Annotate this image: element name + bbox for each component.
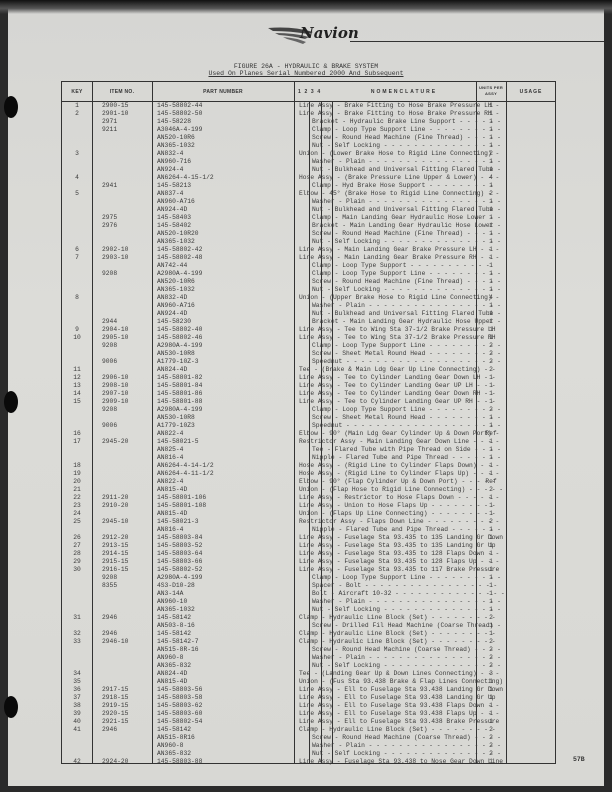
part-number-cell: 145-58802-46 bbox=[154, 334, 297, 342]
nomenclature-cell: Screw - Round Head Machine (Fine Thread)… bbox=[312, 278, 584, 286]
table-row: 24AN815-4DUnion - (Flaps Up Line Connect… bbox=[62, 510, 555, 518]
item-no-cell: 9208 bbox=[94, 270, 160, 278]
nomenclature-cell: Line Assy - Brake Fitting to Hose Brake … bbox=[299, 110, 571, 118]
table-row: AN816-4Nipple - Flared Tube and Pipe Thr… bbox=[62, 526, 555, 534]
part-number-cell: AN815-4D bbox=[154, 486, 297, 494]
units-cell: 1 bbox=[480, 558, 502, 566]
table-row: AN365-1032Nut - Self Locking - - - - - -… bbox=[62, 286, 555, 294]
units-cell: 2 bbox=[480, 486, 502, 494]
part-number-cell: AN824-4D bbox=[154, 366, 297, 374]
nomenclature-cell: Line Assy - Ell to Fuselage Sta 93.438 L… bbox=[299, 686, 571, 694]
nomenclature-cell: Clamp - Loop Type Support Line - - - - -… bbox=[312, 270, 584, 278]
table-row: 9208A2980A-4-199Clamp - Loop Type Suppor… bbox=[62, 406, 555, 414]
units-cell: 2 bbox=[480, 742, 502, 750]
table-row: AN530-10R8Screw - Sheet Metal Round Head… bbox=[62, 414, 555, 422]
units-cell: 1 bbox=[480, 398, 502, 406]
nomenclature-cell: Washer - Plain - - - - - - - - - - - - -… bbox=[312, 158, 584, 166]
part-number-cell: AN520-10R6 bbox=[154, 278, 297, 286]
part-number-cell: AN960-716 bbox=[154, 158, 297, 166]
key-cell: 21 bbox=[62, 486, 92, 494]
nomenclature-cell: Hose Assy - (Rigid Line to Cylinder Flap… bbox=[299, 470, 571, 478]
nomenclature-cell: Clamp - Hydraulic Line Block (Set) - - -… bbox=[299, 638, 571, 646]
units-cell: 1 bbox=[480, 142, 502, 150]
table-row: 2975145-58403Clamp - Main Landing Gear H… bbox=[62, 214, 555, 222]
table-row: 9006A1779-10Z3Speednut - - - - - - - - -… bbox=[62, 422, 555, 430]
table-row: AN365-1032Nut - Self Locking - - - - - -… bbox=[62, 142, 555, 150]
key-cell: 8 bbox=[62, 294, 92, 302]
part-number-cell: A2980A-4-199 bbox=[154, 406, 297, 414]
units-cell: 2 bbox=[480, 350, 502, 358]
header-rule bbox=[350, 41, 604, 42]
nomenclature-cell: Line Assy - Ell to Fuselage Sta 93.438 B… bbox=[299, 718, 571, 726]
nomenclature-cell: Line Assy - Fuselage Sta 93.435 to 128 F… bbox=[299, 550, 571, 558]
units-cell: 1 bbox=[480, 622, 502, 630]
table-row: 2944145-58230Bracket - Main Landing Gear… bbox=[62, 318, 555, 326]
item-no-cell: 2945-20 bbox=[94, 438, 160, 446]
part-number-cell: 145-58802-42 bbox=[154, 246, 297, 254]
units-cell: 1 bbox=[480, 566, 502, 574]
table-row: 272913-15145-58803-52Line Assy - Fuselag… bbox=[62, 542, 555, 550]
table-row: AN365-1032Nut - Self Locking - - - - - -… bbox=[62, 238, 555, 246]
item-no-cell: 2971 bbox=[94, 118, 160, 126]
item-no-cell: 2902-10 bbox=[94, 246, 160, 254]
units-cell: 1 bbox=[480, 326, 502, 334]
units-cell: 1 bbox=[480, 262, 502, 270]
item-no-cell: 2976 bbox=[94, 222, 160, 230]
table-row: 252945-10145-58021-3Restrictor Assy - Fl… bbox=[62, 518, 555, 526]
units-cell: 1 bbox=[480, 422, 502, 430]
nomenclature-cell: Nipple - Flared Tube and Pipe Thread - -… bbox=[312, 454, 584, 462]
part-number-cell: 145-58803-60 bbox=[154, 710, 297, 718]
units-cell: 2 bbox=[480, 646, 502, 654]
item-no-cell: 2914-15 bbox=[94, 550, 160, 558]
part-number-cell: AN503-8-16 bbox=[154, 622, 297, 630]
units-cell: 2 bbox=[480, 614, 502, 622]
units-cell: 2 bbox=[480, 150, 502, 158]
nomenclature-cell: Screw - Round Head Machine (Coarse Threa… bbox=[312, 734, 584, 742]
part-number-cell: AN530-10R8 bbox=[154, 350, 297, 358]
part-number-cell: 145-58802-44 bbox=[154, 102, 297, 110]
part-number-cell: 145-58802-52 bbox=[154, 566, 297, 574]
nomenclature-cell: Line Assy - Fuselage Sta 93.438 to Nose … bbox=[299, 758, 571, 766]
nomenclature-cell: Washer - Plain - - - - - - - - - - - - -… bbox=[312, 302, 584, 310]
table-row: 102905-10145-58802-46Line Assy - Tee to … bbox=[62, 334, 555, 342]
units-cell: 1 bbox=[480, 134, 502, 142]
nomenclature-cell: Line Assy - Main Landing Gear Brake Pres… bbox=[299, 246, 571, 254]
part-number-cell: A1779-10Z-3 bbox=[154, 358, 297, 366]
key-cell: 9 bbox=[62, 326, 92, 334]
table-row: 222911-20145-58801-106Line Assy - Restri… bbox=[62, 494, 555, 502]
units-cell: 1 bbox=[480, 390, 502, 398]
units-cell: 1 bbox=[480, 102, 502, 110]
key-cell: 13 bbox=[62, 382, 92, 390]
part-number-cell: 145-58230 bbox=[154, 318, 297, 326]
item-no-cell: 2944 bbox=[94, 318, 160, 326]
table-row: AN924-4Nut - Bulkhead and Universal Fitt… bbox=[62, 166, 555, 174]
nomenclature-cell: Screw - Sheet Metal Round Head - - - - -… bbox=[312, 350, 584, 358]
units-cell: 1 bbox=[480, 526, 502, 534]
nomenclature-cell: Clamp - Loop Type Support Line - - - - -… bbox=[312, 126, 584, 134]
nomenclature-cell: Line Assy - Ell to Fuselage Sta 93.438 L… bbox=[299, 694, 571, 702]
item-no-cell: 2946 bbox=[94, 726, 160, 734]
nomenclature-cell: Screw - Round Head Machine (Fine Thread)… bbox=[312, 230, 584, 238]
table-row: 9006A1779-10Z-3Speednut - - - - - - - - … bbox=[62, 358, 555, 366]
table-row: 232910-20145-58801-108Line Assy - Union … bbox=[62, 502, 555, 510]
table-row: AN515-8R16Screw - Round Head Machine (Co… bbox=[62, 734, 555, 742]
item-no-cell: 2912-20 bbox=[94, 534, 160, 542]
nomenclature-cell: Clamp - Hydraulic Line Block (Set) - - -… bbox=[299, 726, 571, 734]
table-row: AN515-8R-16Screw - Round Head Machine (C… bbox=[62, 646, 555, 654]
nomenclature-cell: Nut - Self Locking - - - - - - - - - - -… bbox=[312, 662, 584, 670]
units-cell: 1 bbox=[480, 414, 502, 422]
item-no-cell: 2905-10 bbox=[94, 334, 160, 342]
table-row: 152909-10145-58801-88Line Assy - Tee to … bbox=[62, 398, 555, 406]
part-number-cell: AN530-10R8 bbox=[154, 414, 297, 422]
units-cell: 2 bbox=[480, 726, 502, 734]
nomenclature-cell: Nut - Self Locking - - - - - - - - - - -… bbox=[312, 286, 584, 294]
nomenclature-cell: Union - (Upper Brake Hose to Rigid Line … bbox=[299, 294, 571, 302]
table-row: 392920-15145-58803-60Line Assy - Ell to … bbox=[62, 710, 555, 718]
table-row: 9208A2980A-4-199Clamp - Loop Type Suppor… bbox=[62, 574, 555, 582]
units-cell: 1 bbox=[480, 702, 502, 710]
units-cell: 1 bbox=[480, 214, 502, 222]
item-no-cell: 2946 bbox=[94, 630, 160, 638]
key-cell: 39 bbox=[62, 710, 92, 718]
part-number-cell: AN3-14A bbox=[154, 590, 297, 598]
nomenclature-cell: Line Assy - Fuselage Sta 93.435 to 128 F… bbox=[299, 558, 571, 566]
table-row: 402921-15145-58802-54Line Assy - Ell to … bbox=[62, 718, 555, 726]
units-cell: 4 bbox=[480, 174, 502, 182]
part-number-cell: 145-58803-52 bbox=[154, 542, 297, 550]
part-number-cell: AN815-4D bbox=[154, 678, 297, 686]
part-number-cell: AN924-4D bbox=[154, 206, 297, 214]
table-row: 2941145-58213Clamp - Hyd Brake Hose Supp… bbox=[62, 182, 555, 190]
table-header: KEY ITEM NO. PART NUMBER 1 2 3 4 NOMENCL… bbox=[62, 82, 555, 102]
part-number-cell: AN815-4D bbox=[154, 510, 297, 518]
nomenclature-cell: Line Assy - Tee to Cylinder Landing Gear… bbox=[299, 374, 571, 382]
units-cell: 1 bbox=[480, 254, 502, 262]
table-row: AN530-10R8Screw - Sheet Metal Round Head… bbox=[62, 350, 555, 358]
figure-subtitle: Used On Planes Serial Numbered 2000 And … bbox=[8, 70, 604, 77]
nomenclature-cell: Nut - Self Locking - - - - - - - - - - -… bbox=[312, 238, 584, 246]
part-number-cell: AN960-A716 bbox=[154, 302, 297, 310]
table-row: 8AN832-4DUnion - (Upper Brake Hose to Ri… bbox=[62, 294, 555, 302]
units-cell: 1 bbox=[480, 606, 502, 614]
part-number-cell: AN960-8 bbox=[154, 654, 297, 662]
key-cell: 37 bbox=[62, 694, 92, 702]
key-cell: 32 bbox=[62, 630, 92, 638]
header-item-no: ITEM NO. bbox=[92, 89, 152, 95]
item-no-cell: 2917-15 bbox=[94, 686, 160, 694]
table-row: AN960-716Washer - Plain - - - - - - - - … bbox=[62, 158, 555, 166]
table-row: AN365-1032Nut - Self Locking - - - - - -… bbox=[62, 606, 555, 614]
part-number-cell: 145-58803-58 bbox=[154, 694, 297, 702]
key-cell: 17 bbox=[62, 438, 92, 446]
key-cell: 36 bbox=[62, 686, 92, 694]
part-number-cell: 145-58802-40 bbox=[154, 326, 297, 334]
key-cell: 34 bbox=[62, 670, 92, 678]
units-cell: 1 bbox=[480, 598, 502, 606]
units-cell: Ref bbox=[480, 430, 502, 438]
nomenclature-cell: Elbow - 90° (Main Ldg Gear Cylinder Up &… bbox=[299, 430, 571, 438]
table-row: AN503-8-16Screw - Drilled Fil Head Machi… bbox=[62, 622, 555, 630]
key-cell: 1 bbox=[62, 102, 92, 110]
units-cell: 1 bbox=[480, 182, 502, 190]
table-row: 11AN824-4DTee - (Brake & Main Ldg Gear U… bbox=[62, 366, 555, 374]
part-number-cell: 145-58801-82 bbox=[154, 374, 297, 382]
table-row: 12900-15145-58802-44Line Assy - Brake Fi… bbox=[62, 102, 555, 110]
units-cell: 2 bbox=[480, 750, 502, 758]
key-cell: 42 bbox=[62, 758, 92, 766]
part-number-cell: 145-58803-64 bbox=[154, 550, 297, 558]
table-row: 422924-20145-58803-88Line Assy - Fuselag… bbox=[62, 758, 555, 766]
units-cell: 1 bbox=[480, 302, 502, 310]
table-row: 382919-15145-58803-62Line Assy - Ell to … bbox=[62, 702, 555, 710]
units-cell: 1 bbox=[480, 118, 502, 126]
figure-title: FIGURE 26A - HYDRAULIC & BRAKE SYSTEM bbox=[8, 63, 604, 70]
nomenclature-cell: Hose Assy - (Brake Pressure Line Upper &… bbox=[299, 174, 571, 182]
nomenclature-cell: Hose Assy - (Rigid Line to Cylinder Flap… bbox=[299, 462, 571, 470]
key-cell: 7 bbox=[62, 254, 92, 262]
units-cell: 1 bbox=[480, 286, 502, 294]
nomenclature-cell: Restrictor Assy - Flaps Down Line - - - … bbox=[299, 518, 571, 526]
part-number-cell: AN960-8 bbox=[154, 742, 297, 750]
parts-table: KEY ITEM NO. PART NUMBER 1 2 3 4 NOMENCL… bbox=[61, 81, 556, 764]
item-no-cell: 9208 bbox=[94, 342, 160, 350]
item-no-cell: 2909-10 bbox=[94, 398, 160, 406]
key-cell: 19 bbox=[62, 470, 92, 478]
item-no-cell: 2910-20 bbox=[94, 502, 160, 510]
part-number-cell: 145-58228 bbox=[154, 118, 297, 126]
part-number-cell: AN816-4 bbox=[154, 454, 297, 462]
part-number-cell: 145-58803-56 bbox=[154, 686, 297, 694]
units-cell: 1 bbox=[480, 334, 502, 342]
units-cell: 2 bbox=[480, 518, 502, 526]
part-number-cell: AN520-10R20 bbox=[154, 230, 297, 238]
nomenclature-cell: Washer - Plain - - - - - - - - - - - - -… bbox=[312, 742, 584, 750]
nomenclature-cell: Clamp - Main Landing Gear Hydraulic Hose… bbox=[312, 214, 584, 222]
part-number-cell: AN822-4 bbox=[154, 430, 297, 438]
part-number-cell: AN924-4D bbox=[154, 310, 297, 318]
nomenclature-cell: Speednut - - - - - - - - - - - - - - - -… bbox=[312, 422, 584, 430]
item-no-cell: 9208 bbox=[94, 406, 160, 414]
units-cell: 1 bbox=[480, 630, 502, 638]
item-no-cell: 2919-15 bbox=[94, 702, 160, 710]
nomenclature-cell: Nut - Bulkhead and Universal Fitting Fla… bbox=[312, 310, 584, 318]
table-row: 9208A2980A-4-199Clamp - Loop Type Suppor… bbox=[62, 270, 555, 278]
item-no-cell: 2915-15 bbox=[94, 558, 160, 566]
part-number-cell: A2980A-4-199 bbox=[154, 342, 297, 350]
units-cell: 1 bbox=[480, 310, 502, 318]
units-cell: 1 bbox=[480, 574, 502, 582]
table-row: 16AN822-4Elbow - 90° (Main Ldg Gear Cyli… bbox=[62, 430, 555, 438]
part-number-cell: 145-58803-88 bbox=[154, 758, 297, 766]
key-cell: 3 bbox=[62, 150, 92, 158]
part-number-cell: 145-58142-7 bbox=[154, 638, 297, 646]
item-no-cell: 8355 bbox=[94, 582, 160, 590]
units-cell: 2 bbox=[480, 654, 502, 662]
nomenclature-cell: Clamp - Hydraulic Line Block (Set) - - -… bbox=[299, 630, 571, 638]
nomenclature-cell: Elbow - 45° (Brake Hose to Rigid Line Co… bbox=[299, 190, 571, 198]
units-cell: 1 bbox=[480, 694, 502, 702]
table-row: 372918-15145-58803-58Line Assy - Ell to … bbox=[62, 694, 555, 702]
units-cell: 2 bbox=[480, 366, 502, 374]
nomenclature-cell: Nipple - Flared Tube and Pipe Thread - -… bbox=[312, 526, 584, 534]
key-cell: 14 bbox=[62, 390, 92, 398]
key-cell: 29 bbox=[62, 558, 92, 566]
nomenclature-cell: Screw - Round Head Machine (Fine Thread)… bbox=[312, 134, 584, 142]
nomenclature-cell: Clamp - Loop Type Support Line - - - - -… bbox=[312, 342, 584, 350]
item-no-cell: 9006 bbox=[94, 358, 160, 366]
item-no-cell: 2908-10 bbox=[94, 382, 160, 390]
nomenclature-cell: Tee - Flared Tube with Pipe Thread on Si… bbox=[312, 446, 584, 454]
nomenclature-cell: Nut - Bulkhead and Universal Fitting Fla… bbox=[312, 206, 584, 214]
table-row: 5AN837-4Elbow - 45° (Brake Hose to Rigid… bbox=[62, 190, 555, 198]
nomenclature-cell: Washer - Plain - - - - - - - - - - - - -… bbox=[312, 598, 584, 606]
units-cell: 1 bbox=[480, 246, 502, 254]
item-no-cell: 2916-15 bbox=[94, 566, 160, 574]
nomenclature-cell: Line Assy - Main Landing Gear Brake Pres… bbox=[299, 254, 571, 262]
part-number-cell: AN365-1032 bbox=[154, 238, 297, 246]
header-key: KEY bbox=[62, 89, 92, 95]
units-cell: 2 bbox=[480, 406, 502, 414]
units-cell: 1 bbox=[480, 510, 502, 518]
part-number-cell: AN6264-4-11-1/2 bbox=[154, 470, 297, 478]
table-row: AN520-10R20Screw - Round Head Machine (F… bbox=[62, 230, 555, 238]
nomenclature-cell: Screw - Round Head Machine (Coarse Threa… bbox=[312, 646, 584, 654]
nomenclature-cell: Speednut - - - - - - - - - - - - - - - -… bbox=[312, 358, 584, 366]
item-no-cell: 2946 bbox=[94, 614, 160, 622]
units-cell: 1 bbox=[480, 158, 502, 166]
units-cell: 1 bbox=[480, 758, 502, 766]
table-row: 412946145-58142Clamp - Hydraulic Line Bl… bbox=[62, 726, 555, 734]
binder-hole bbox=[4, 96, 18, 118]
table-row: AN960-A716Washer - Plain - - - - - - - -… bbox=[62, 302, 555, 310]
table-row: 142907-10145-58801-86Line Assy - Tee to … bbox=[62, 390, 555, 398]
nomenclature-cell: Line Assy - Restrictor to Hose Flaps Dow… bbox=[299, 494, 571, 502]
item-no-cell: 2904-10 bbox=[94, 326, 160, 334]
units-cell: 1 bbox=[480, 502, 502, 510]
binder-hole bbox=[4, 696, 18, 718]
part-number-cell: 145-58801-88 bbox=[154, 398, 297, 406]
key-cell: 26 bbox=[62, 534, 92, 542]
key-cell: 35 bbox=[62, 678, 92, 686]
key-cell: 28 bbox=[62, 550, 92, 558]
table-row: 282914-15145-58803-64Line Assy - Fuselag… bbox=[62, 550, 555, 558]
key-cell: 31 bbox=[62, 614, 92, 622]
key-cell: 40 bbox=[62, 718, 92, 726]
part-number-cell: A2980A-4-199 bbox=[154, 574, 297, 582]
units-cell: 2 bbox=[480, 190, 502, 198]
key-cell: 5 bbox=[62, 190, 92, 198]
table-row: 72903-10145-58802-48Line Assy - Main Lan… bbox=[62, 254, 555, 262]
nomenclature-cell: Spacer - Bolt - - - - - - - - - - - - - … bbox=[312, 582, 584, 590]
part-number-cell: AN365-1032 bbox=[154, 606, 297, 614]
header-usage: USAGE bbox=[506, 89, 556, 95]
part-number-cell: 145-58142 bbox=[154, 630, 297, 638]
units-cell: 1 bbox=[480, 454, 502, 462]
key-cell: 18 bbox=[62, 462, 92, 470]
part-number-cell: AN960-A716 bbox=[154, 198, 297, 206]
part-number-cell: AN6264-4-15-1/2 bbox=[154, 174, 297, 182]
part-number-cell: AN520-10R6 bbox=[154, 134, 297, 142]
units-cell: 1 bbox=[480, 238, 502, 246]
nomenclature-cell: Tee - (Landing Gear Up & Down Lines Conn… bbox=[299, 670, 571, 678]
part-number-cell: AN825-4 bbox=[154, 446, 297, 454]
table-row: AN520-10R6Screw - Round Head Machine (Fi… bbox=[62, 278, 555, 286]
nomenclature-cell: Union - (Flaps Up Line Connecting) - - -… bbox=[299, 510, 571, 518]
part-number-cell: 145-58402 bbox=[154, 222, 297, 230]
part-number-cell: 145-58142 bbox=[154, 726, 297, 734]
part-number-cell: 145-58803-84 bbox=[154, 534, 297, 542]
key-cell: 20 bbox=[62, 478, 92, 486]
part-number-cell: 145-58802-50 bbox=[154, 110, 297, 118]
units-cell: 2 bbox=[480, 342, 502, 350]
table-row: 19AN6264-4-11-1/2Hose Assy - (Rigid Line… bbox=[62, 470, 555, 478]
table-row: 83554S3-D10-28Spacer - Bolt - - - - - - … bbox=[62, 582, 555, 590]
part-number-cell: 145-58801-84 bbox=[154, 382, 297, 390]
item-no-cell: 2975 bbox=[94, 214, 160, 222]
part-number-cell: AN960-10 bbox=[154, 598, 297, 606]
key-cell: 33 bbox=[62, 638, 92, 646]
units-cell: 1 bbox=[480, 438, 502, 446]
item-no-cell: 2903-10 bbox=[94, 254, 160, 262]
item-no-cell: 9006 bbox=[94, 422, 160, 430]
nomenclature-cell: Elbow - 90° (Flap Cylinder Up & Down Por… bbox=[299, 478, 571, 486]
units-cell: 1 bbox=[480, 126, 502, 134]
nomenclature-cell: Line Assy - Tee to Wing Sta 37-1/2 Brake… bbox=[299, 326, 571, 334]
units-cell: 1 bbox=[480, 198, 502, 206]
item-no-cell: 2921-15 bbox=[94, 718, 160, 726]
part-number-cell: AN742-44 bbox=[154, 262, 297, 270]
part-number-cell: 4S3-D10-28 bbox=[154, 582, 297, 590]
key-cell: 12 bbox=[62, 374, 92, 382]
nomenclature-cell: Clamp - Loop Type Support - - - - - - - … bbox=[312, 262, 584, 270]
table-row: AN520-10R6Screw - Round Head Machine (Fi… bbox=[62, 134, 555, 142]
units-cell: 1 bbox=[480, 534, 502, 542]
key-cell: 22 bbox=[62, 494, 92, 502]
nomenclature-cell: Nut - Self Locking - - - - - - - - - - -… bbox=[312, 142, 584, 150]
units-cell: 1 bbox=[480, 206, 502, 214]
part-number-cell: A2980A-4-199 bbox=[154, 270, 297, 278]
part-number-cell: 145-58801-86 bbox=[154, 390, 297, 398]
item-no-cell: 2920-15 bbox=[94, 710, 160, 718]
table-row: AN816-4Nipple - Flared Tube and Pipe Thr… bbox=[62, 454, 555, 462]
item-no-cell: 9208 bbox=[94, 574, 160, 582]
nomenclature-cell: Line Assy - Union to Hose Flaps Up - - -… bbox=[299, 502, 571, 510]
units-cell: 1 bbox=[480, 494, 502, 502]
units-cell: 1 bbox=[480, 710, 502, 718]
part-number-cell: AN924-4 bbox=[154, 166, 297, 174]
item-no-cell: 2924-20 bbox=[94, 758, 160, 766]
key-cell: 27 bbox=[62, 542, 92, 550]
nomenclature-cell: Line Assy - Tee to Cylinder Landing Gear… bbox=[299, 398, 571, 406]
table-row: AN960-8Washer - Plain - - - - - - - - - … bbox=[62, 742, 555, 750]
units-cell: 1 bbox=[480, 374, 502, 382]
units-cell: 1 bbox=[480, 270, 502, 278]
table-row: AN365-832Nut - Self Locking - - - - - - … bbox=[62, 662, 555, 670]
table-row: AN924-4DNut - Bulkhead and Universal Fit… bbox=[62, 310, 555, 318]
binder-hole bbox=[4, 391, 18, 413]
part-number-cell: AN365-1032 bbox=[154, 142, 297, 150]
part-number-cell: AN515-8R-16 bbox=[154, 646, 297, 654]
key-cell: 30 bbox=[62, 566, 92, 574]
nomenclature-cell: Clamp - Hydraulic Line Block (Set) - - -… bbox=[299, 614, 571, 622]
key-cell: 10 bbox=[62, 334, 92, 342]
table-row: 62902-10145-58802-42Line Assy - Main Lan… bbox=[62, 246, 555, 254]
item-no-cell: 2901-10 bbox=[94, 110, 160, 118]
table-row: AN825-4Tee - Flared Tube with Pipe Threa… bbox=[62, 446, 555, 454]
